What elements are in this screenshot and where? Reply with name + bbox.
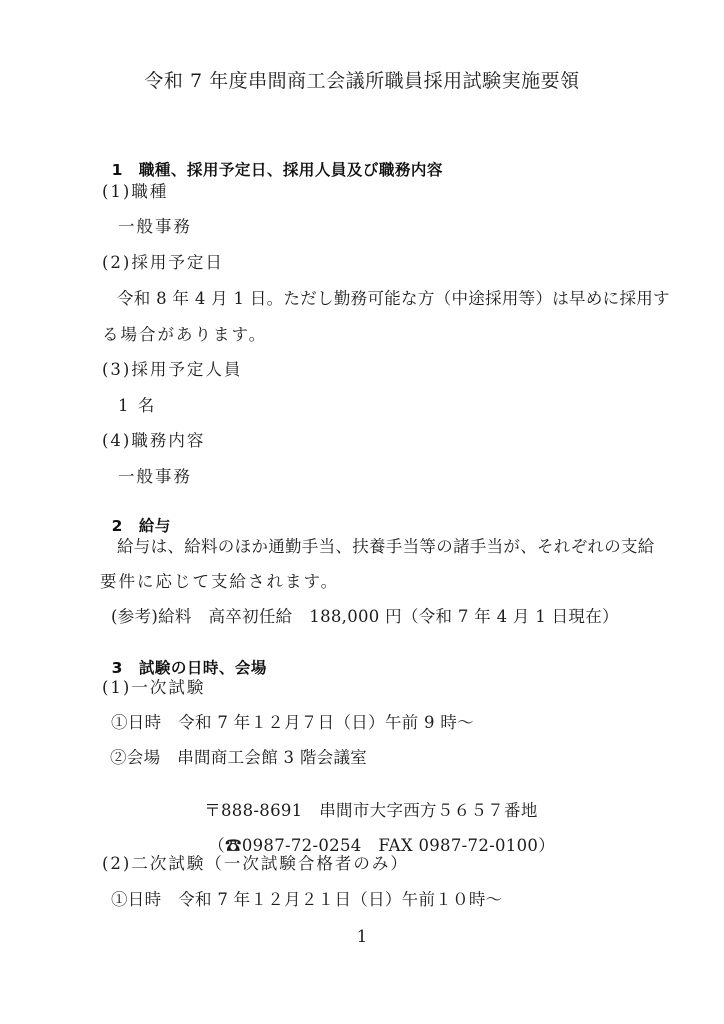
item-1-2-value-line-2: る場合があります。 bbox=[102, 327, 267, 344]
telephone-icon: ☎ bbox=[225, 836, 242, 855]
page-number: 1 bbox=[0, 929, 724, 946]
first-exam-label: (1)一次試験 bbox=[102, 680, 205, 697]
section-1-title: 職種、採用予定日、採用人員及び職務内容 bbox=[139, 161, 443, 179]
section-2-title: 給与 bbox=[139, 517, 171, 535]
item-1-3-value: 1 名 bbox=[118, 398, 156, 415]
document-page: 令和 7 年度串間商工会議所職員採用試験実施要領 1職種、採用予定日、採用人員及… bbox=[0, 0, 724, 1024]
item-1-1-value: 一般事務 bbox=[118, 219, 192, 236]
first-exam-datetime: ①日時 令和 7 年１２月７日（日）午前 9 時～ bbox=[111, 715, 474, 732]
section-3-number: 3 bbox=[112, 659, 123, 677]
phone-fax-numbers: 0987-72-0254 FAX 0987-72-0100） bbox=[242, 836, 555, 855]
first-exam-address-text: 888-8691 串間市大字西方５６５７番地 bbox=[221, 801, 538, 820]
item-1-2-label: (2)採用予定日 bbox=[102, 255, 224, 272]
section-1-number: 1 bbox=[112, 161, 123, 179]
item-1-1-label: (1)職種 bbox=[102, 184, 168, 201]
section-2-number: 2 bbox=[112, 517, 123, 535]
second-exam-datetime: ①日時 令和 7 年１２月２１日（日）午前１０時～ bbox=[111, 892, 503, 909]
item-1-4-value: 一般事務 bbox=[118, 469, 192, 486]
section-2-salary-reference: (参考)給料 高卒初任給 188,000 円（令和 7 年 4 月 1 日現在） bbox=[111, 609, 619, 626]
postal-mark-icon: 〒 bbox=[204, 801, 221, 820]
section-2-body-line-1: 給与は、給料のほか通勤手当、扶養手当等の諸手当が、それぞれの支給 bbox=[117, 539, 655, 556]
section-2-body-line-2: 要件に応じて支給されます。 bbox=[100, 574, 339, 591]
section-3-title: 試験の日時、会場 bbox=[139, 659, 267, 677]
item-1-2-value-line-1: 令和 8 年 4 月 1 日。ただし勤務可能な方（中途採用等）は早めに採用す bbox=[117, 291, 670, 308]
second-exam-label: (2)二次試験（一次試験合格者のみ） bbox=[102, 856, 409, 873]
item-1-4-label: (4)職務内容 bbox=[102, 433, 205, 450]
first-exam-venue: ②会場 串間商工会館 3 階会議室 bbox=[110, 750, 367, 767]
phone-open-paren: （ bbox=[208, 836, 225, 855]
document-title: 令和 7 年度串間商工会議所職員採用試験実施要領 bbox=[0, 72, 724, 91]
item-1-3-label: (3)採用予定人員 bbox=[102, 362, 242, 379]
